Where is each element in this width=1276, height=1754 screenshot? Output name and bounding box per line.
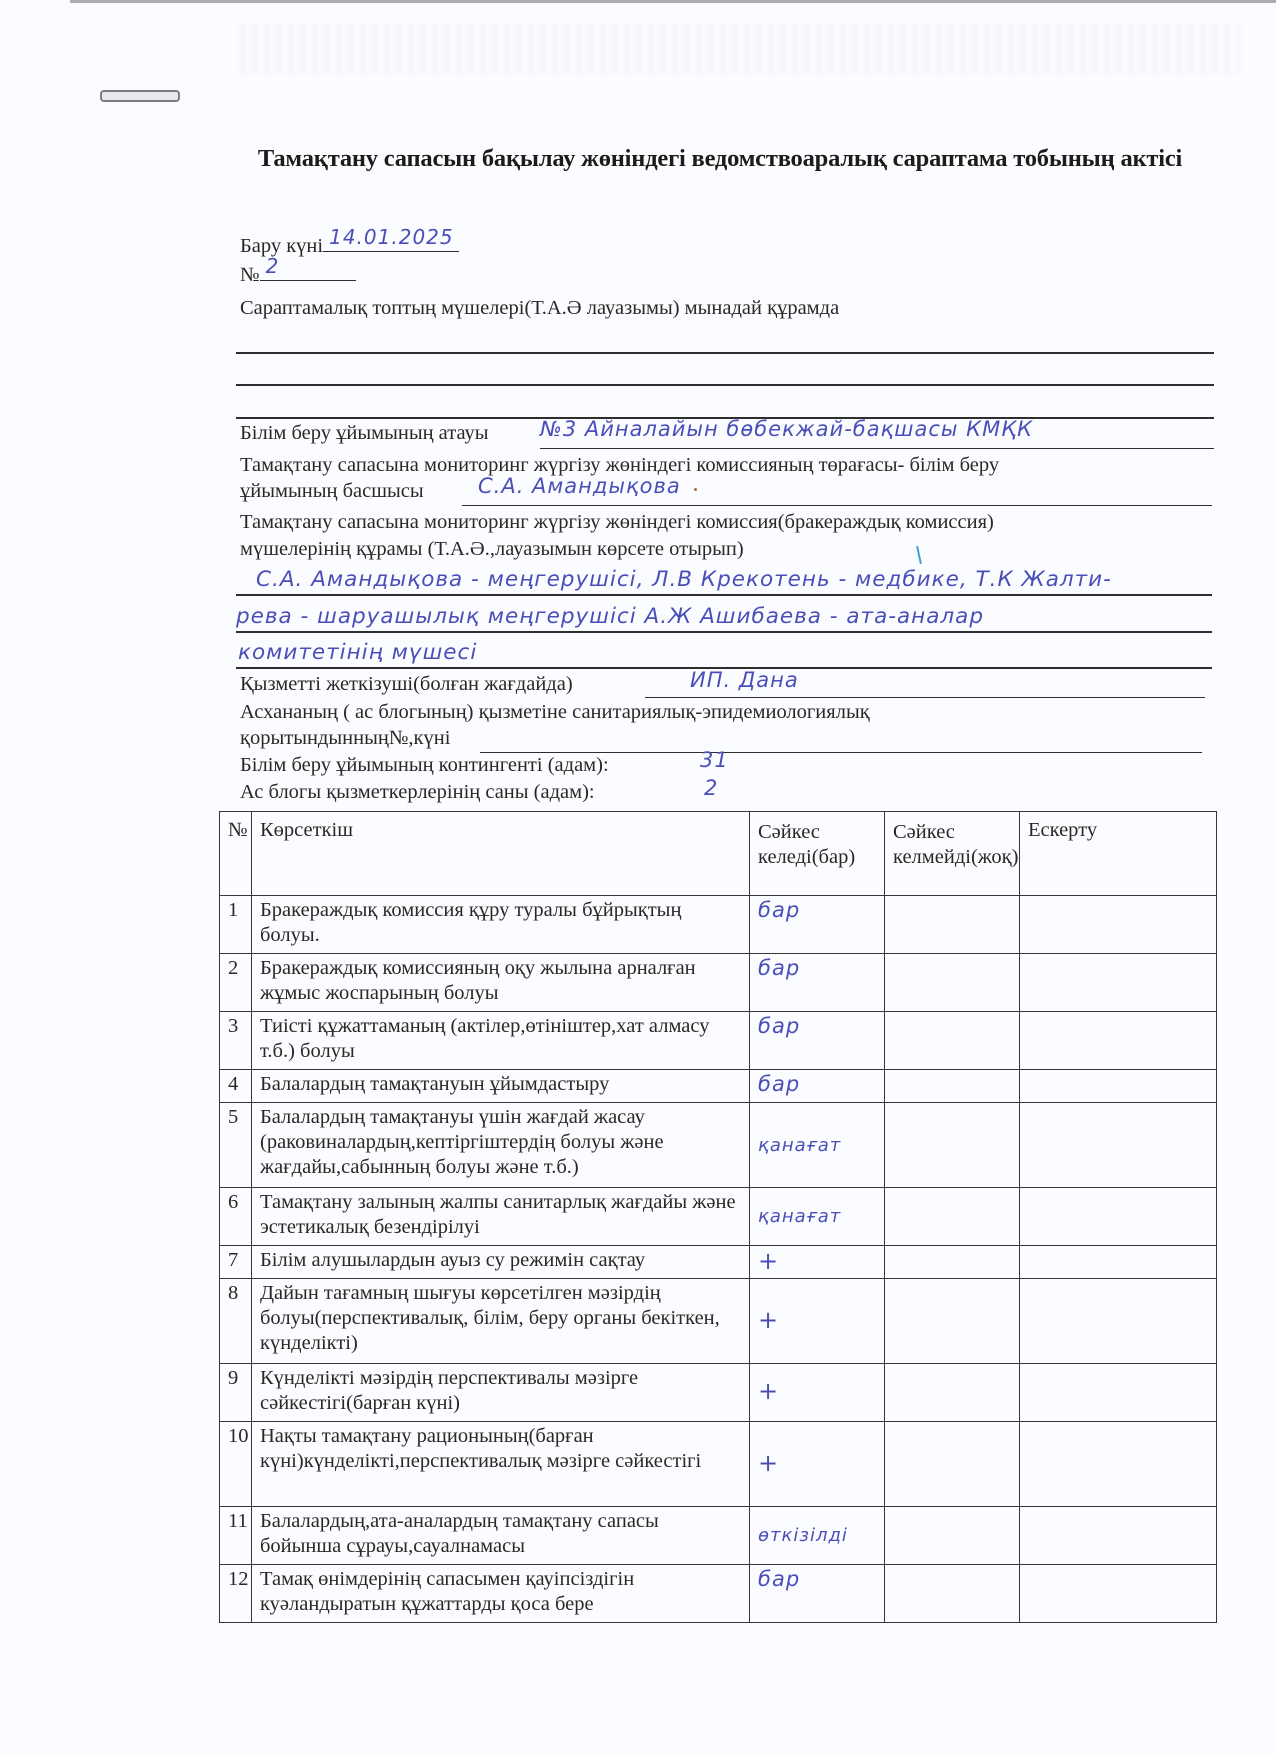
row-complies-mark: бар (758, 1567, 800, 1591)
row-complies-mark: бар (758, 1014, 800, 1038)
visit-date-value: 14.01.2025 (329, 225, 454, 249)
row-complies-mark: өткізілді (758, 1525, 848, 1546)
bleed-through-print (240, 24, 1240, 74)
staple-mark (100, 90, 180, 102)
commission-value-line2: рева - шаруашылық меңгерушісі А.Ж Ашибае… (236, 605, 984, 629)
commission-value-line3: комитетінің мүшесі (238, 641, 477, 665)
table-row: 8 Дайын тағамның шығуы көрсетілген мәзір… (220, 1279, 1217, 1364)
header-not-complies: Сәйкес келмейді(жоқ) (885, 812, 1020, 896)
row-indicator: Тиісті құжаттаманың (актілер,өтініштер,х… (252, 1012, 750, 1070)
row-number: 4 (220, 1070, 252, 1103)
row-complies-mark: + (758, 1377, 779, 1405)
row-note-cell[interactable] (1020, 1070, 1217, 1103)
row-complies-cell[interactable]: + (750, 1279, 885, 1364)
row-number: 2 (220, 954, 252, 1012)
row-complies-cell[interactable]: + (750, 1246, 885, 1279)
row-not-complies-cell[interactable] (885, 1364, 1020, 1422)
header-indicator: Көрсеткіш (252, 812, 750, 896)
row-not-complies-cell[interactable] (885, 1070, 1020, 1103)
row-note-cell[interactable] (1020, 1246, 1217, 1279)
act-number-value: 2 (266, 254, 280, 278)
row-indicator: Күнделікті мәзірдің перспективалы мәзірг… (252, 1364, 750, 1422)
row-complies-mark: бар (758, 898, 800, 922)
table-row: 7 Білім алушылардын ауыз су режимін сақт… (220, 1246, 1217, 1279)
header-note: Ескерту (1020, 812, 1217, 896)
visit-date-field[interactable]: 14.01.2025 (323, 233, 459, 252)
table-row: 1 Бракераждық комиссия құру туралы бұйры… (220, 896, 1217, 954)
chair-value: С.А. Амандықова (478, 474, 681, 498)
row-complies-mark: қанағат (758, 1135, 841, 1156)
row-complies-cell[interactable]: бар (750, 896, 885, 954)
row-number: 3 (220, 1012, 252, 1070)
row-number: 8 (220, 1279, 252, 1364)
row-complies-cell[interactable]: бар (750, 1070, 885, 1103)
ink-dot (694, 488, 697, 491)
staff-value[interactable]: 2 (704, 776, 718, 800)
row-indicator: Бракераждық комиссияның оқу жылына арнал… (252, 954, 750, 1012)
org-name-label: Білім беру ұйымының атауы (240, 421, 489, 445)
table-row: 3 Тиісті құжаттаманың (актілер,өтініштер… (220, 1012, 1217, 1070)
row-number: 11 (220, 1507, 252, 1565)
sanitary-label-line2: қорытындынның№,күні (240, 726, 450, 750)
row-complies-cell[interactable]: қанағат (750, 1103, 885, 1188)
row-complies-cell[interactable]: бар (750, 1565, 885, 1623)
table-row: 12 Тамақ өнімдерінің сапасымен қауіпсізд… (220, 1565, 1217, 1623)
row-not-complies-cell[interactable] (885, 1565, 1020, 1623)
row-complies-cell[interactable]: + (750, 1364, 885, 1422)
row-note-cell[interactable] (1020, 1364, 1217, 1422)
row-number: 10 (220, 1422, 252, 1507)
table-row: 5 Балалардың тамақтануы үшін жағдай жаса… (220, 1103, 1217, 1188)
table-row: 9 Күнделікті мәзірдің перспективалы мәзі… (220, 1364, 1217, 1422)
act-number-field[interactable]: 2 (260, 262, 356, 281)
chair-field-line[interactable] (462, 505, 1212, 506)
supplier-field-line[interactable] (645, 697, 1205, 698)
row-not-complies-cell[interactable] (885, 1012, 1020, 1070)
row-not-complies-cell[interactable] (885, 1188, 1020, 1246)
row-complies-cell[interactable]: қанағат (750, 1188, 885, 1246)
org-name-value: №3 Айналайын бөбекжай-бақшасы КМҚК (540, 417, 1033, 441)
row-note-cell[interactable] (1020, 896, 1217, 954)
row-complies-mark: + (758, 1306, 779, 1334)
row-indicator: Балалардың,ата-аналардың тамақтану сапас… (252, 1507, 750, 1565)
row-number: 6 (220, 1188, 252, 1246)
row-note-cell[interactable] (1020, 1507, 1217, 1565)
supplier-label: Қызметті жеткізуші(болған жағдайда) (240, 672, 573, 696)
header-num: № (220, 812, 252, 896)
row-number: 12 (220, 1565, 252, 1623)
row-complies-mark: қанағат (758, 1206, 841, 1227)
row-note-cell[interactable] (1020, 1188, 1217, 1246)
row-complies-mark: + (758, 1449, 779, 1477)
expert-group-label: Сараптамалық топтың мүшелері(Т.А.Ә лауаз… (240, 296, 839, 320)
contingent-value[interactable]: 31 (700, 748, 729, 772)
row-not-complies-cell[interactable] (885, 1279, 1020, 1364)
act-number-row: №2 (240, 262, 356, 287)
row-note-cell[interactable] (1020, 1422, 1217, 1507)
expert-group-line-2[interactable] (236, 384, 1214, 386)
header-complies: Сәйкес келеді(бар) (750, 812, 885, 896)
row-indicator: Балалардың тамақтануын ұйымдастыру (252, 1070, 750, 1103)
row-number: 9 (220, 1364, 252, 1422)
row-complies-cell[interactable]: өткізілді (750, 1507, 885, 1565)
row-note-cell[interactable] (1020, 1565, 1217, 1623)
visit-date-label: Бару күні (240, 235, 323, 257)
table-row: 10 Нақты тамақтану рационының(барған күн… (220, 1422, 1217, 1507)
table-row: 11 Балалардың,ата-аналардың тамақтану са… (220, 1507, 1217, 1565)
staff-label: Ас блогы қызметкерлерінің саны (адам): (240, 780, 595, 804)
row-complies-cell[interactable]: бар (750, 954, 885, 1012)
table-header-row: № Көрсеткіш Сәйкес келеді(бар) Сәйкес ке… (220, 812, 1217, 896)
row-note-cell[interactable] (1020, 1279, 1217, 1364)
row-complies-cell[interactable]: бар (750, 1012, 885, 1070)
scan-edge-shadow (70, 0, 1276, 23)
inspection-table: № Көрсеткіш Сәйкес келеді(бар) Сәйкес ке… (219, 811, 1217, 1623)
row-indicator: Балалардың тамақтануы үшін жағдай жасау … (252, 1103, 750, 1188)
table-row: 6 Тамақтану залының жалпы санитарлық жағ… (220, 1188, 1217, 1246)
row-indicator: Тамақ өнімдерінің сапасымен қауіпсіздігі… (252, 1565, 750, 1623)
row-indicator: Бракераждық комиссия құру туралы бұйрықт… (252, 896, 750, 954)
commission-label-line1: Тамақтану сапасына мониторинг жүргізу жө… (240, 510, 994, 534)
document-title: Тамақтану сапасын бақылау жөніндегі ведо… (230, 142, 1210, 175)
row-note-cell[interactable] (1020, 954, 1217, 1012)
expert-group-line-1[interactable] (236, 352, 1214, 354)
row-not-complies-cell[interactable] (885, 954, 1020, 1012)
commission-field-line-2[interactable] (236, 631, 1212, 633)
row-not-complies-cell[interactable] (885, 1103, 1020, 1188)
row-indicator: Тамақтану залының жалпы санитарлық жағда… (252, 1188, 750, 1246)
table-row: 4 Балалардың тамақтануын ұйымдастыру бар (220, 1070, 1217, 1103)
row-number: 5 (220, 1103, 252, 1188)
supplier-value: ИП. Дана (690, 668, 799, 692)
row-number: 1 (220, 896, 252, 954)
stray-ink-mark (916, 546, 922, 564)
act-number-label: № (240, 264, 260, 286)
commission-label-line2: мүшелерінің құрамы (Т.А.Ә.,лауазымын көр… (240, 537, 744, 561)
row-note-cell[interactable] (1020, 1103, 1217, 1188)
row-complies-cell[interactable]: + (750, 1422, 885, 1507)
sanitary-label-line1: Асхананың ( ас блогының) қызметіне санит… (240, 700, 870, 724)
row-indicator: Білім алушылардын ауыз су режимін сақтау (252, 1246, 750, 1279)
commission-value-line1: С.А. Амандықова - меңгерушісі, Л.В Креко… (256, 568, 1112, 592)
row-not-complies-cell[interactable] (885, 896, 1020, 954)
row-complies-mark: бар (758, 956, 800, 980)
row-indicator: Нақты тамақтану рационының(барған күні)к… (252, 1422, 750, 1507)
contingent-label: Білім беру ұйымының контингенті (адам): (240, 753, 609, 777)
org-name-field-line[interactable] (540, 448, 1214, 449)
row-complies-mark: бар (758, 1072, 800, 1096)
row-complies-mark: + (758, 1247, 779, 1275)
row-number: 7 (220, 1246, 252, 1279)
chair-label-line2: ұйымының басшысы (240, 479, 424, 503)
row-not-complies-cell[interactable] (885, 1246, 1020, 1279)
row-note-cell[interactable] (1020, 1012, 1217, 1070)
row-indicator: Дайын тағамның шығуы көрсетілген мәзірді… (252, 1279, 750, 1364)
table-row: 2 Бракераждық комиссияның оқу жылына арн… (220, 954, 1217, 1012)
commission-field-line-1[interactable] (236, 594, 1212, 596)
row-not-complies-cell[interactable] (885, 1507, 1020, 1565)
row-not-complies-cell[interactable] (885, 1422, 1020, 1507)
